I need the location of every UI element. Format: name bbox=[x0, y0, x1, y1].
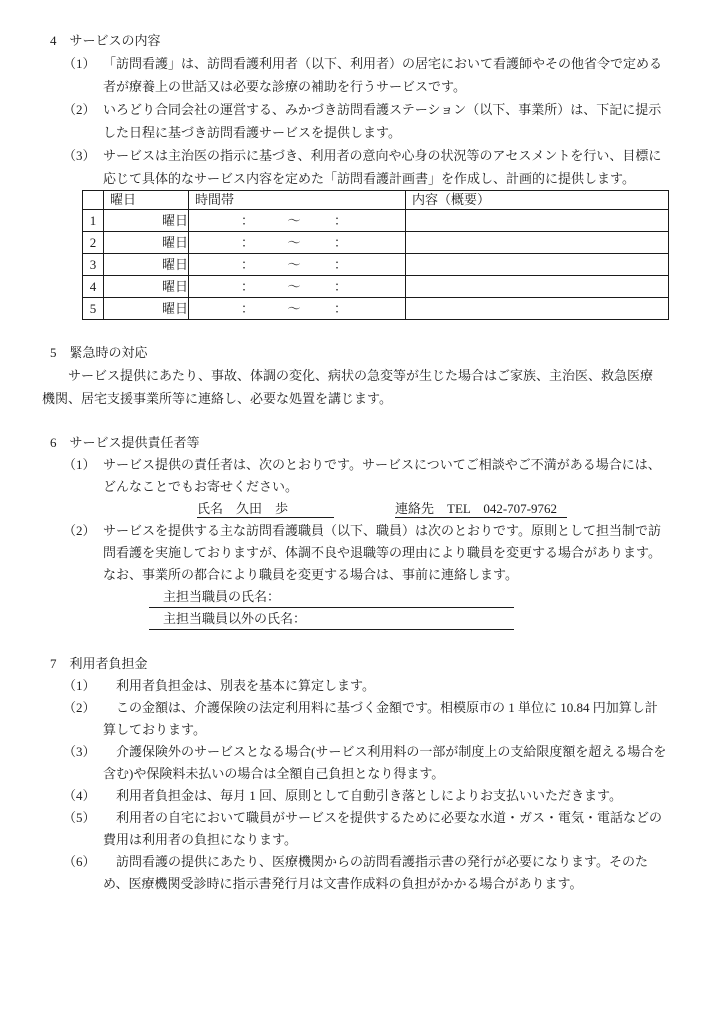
section-4-heading: 4 サービスの内容 bbox=[50, 29, 668, 52]
clause-text: 「訪問看護」は、訪問看護利用者（以下、利用者）の居宅において看護師やその他省令で… bbox=[103, 56, 662, 94]
schedule-row: 1 曜日 ：～： bbox=[83, 210, 669, 232]
schedule-day-cell: 曜日 bbox=[104, 232, 189, 254]
section-service-manager: 6 サービス提供責任者等 （1）サービス提供の責任者は、次のとおりです。サービス… bbox=[42, 432, 668, 630]
clause-text: いろどり合同会社の運営する、みかづき訪問看護ステーション（以下、事業所）は、下記… bbox=[103, 102, 661, 140]
clause-7-2: （2） この金額は、介護保険の法定利用料に基づく金額です。相模原市の 1 単位に… bbox=[63, 697, 668, 741]
clause-text: 訪問看護の提供にあたり、医療機関からの訪問看護指示書の発行が必要になります。その… bbox=[103, 854, 648, 891]
schedule-time-cell: ：～： bbox=[189, 232, 406, 254]
clause-6-2: （2）サービスを提供する主な訪問看護職員（以下、職員）は次のとおりです。原則とし… bbox=[63, 520, 668, 586]
schedule-header-blank bbox=[83, 191, 104, 210]
clause-7-1: （1） 利用者負担金は、別表を基本に算定します。 bbox=[63, 675, 668, 697]
clause-text: サービス提供の責任者は、次のとおりです。サービスについてご相談やご不満がある場合… bbox=[103, 457, 661, 494]
schedule-time-cell: ：～： bbox=[189, 210, 406, 232]
schedule-content-cell bbox=[406, 232, 669, 254]
responsible-name-field: 氏名 久田 歩 bbox=[197, 498, 334, 518]
clause-6-1: （1）サービス提供の責任者は、次のとおりです。サービスについてご相談やご不満があ… bbox=[63, 454, 668, 498]
schedule-row-number: 4 bbox=[83, 276, 104, 298]
time-tilde: ～ bbox=[287, 232, 300, 253]
schedule-content-cell bbox=[406, 210, 669, 232]
schedule-day-cell: 曜日 bbox=[104, 276, 189, 298]
schedule-row: 3 曜日 ：～： bbox=[83, 254, 669, 276]
clause-7-6: （6） 訪問看護の提供にあたり、医療機関からの訪問看護指示書の発行が必要になりま… bbox=[63, 851, 668, 895]
clause-marker: （1） bbox=[63, 454, 103, 476]
clause-text: サービスを提供する主な訪問看護職員（以下、職員）は次のとおりです。原則として担当… bbox=[103, 523, 661, 582]
schedule-content-cell bbox=[406, 254, 669, 276]
time-start-colon: ： bbox=[241, 276, 254, 297]
time-start-colon: ： bbox=[241, 298, 254, 319]
section-service-content: 4 サービスの内容 （1）「訪問看護」は、訪問看護利用者（以下、利用者）の居宅に… bbox=[42, 29, 668, 320]
clause-text: 利用者の自宅において職員がサービスを提供するために必要な水道・ガス・電気・電話な… bbox=[103, 810, 662, 847]
schedule-header-time: 時間帯 bbox=[189, 191, 406, 210]
document-page: 4 サービスの内容 （1）「訪問看護」は、訪問看護利用者（以下、利用者）の居宅に… bbox=[0, 0, 724, 1024]
schedule-day-cell: 曜日 bbox=[104, 298, 189, 320]
clause-4-2: （2）いろどり合同会社の運営する、みかづき訪問看護ステーション（以下、事業所）は… bbox=[63, 98, 668, 144]
schedule-row: 4 曜日 ：～： bbox=[83, 276, 669, 298]
schedule-time-cell: ：～： bbox=[189, 276, 406, 298]
schedule-row-number: 2 bbox=[83, 232, 104, 254]
schedule-header-day: 曜日 bbox=[104, 191, 189, 210]
clause-text: サービスは主治医の指示に基づき、利用者の意向や心身の状況等のアセスメントを行い、… bbox=[103, 148, 661, 186]
clause-7-5: （5） 利用者の自宅において職員がサービスを提供するために必要な水道・ガス・電気… bbox=[63, 807, 668, 851]
clause-marker: （6） bbox=[63, 851, 103, 873]
schedule-time-cell: ：～： bbox=[189, 298, 406, 320]
service-schedule-table: 曜日 時間帯 内容（概要） 1 曜日 ：～： 2 曜日 ：～： bbox=[82, 190, 669, 320]
clause-marker: （2） bbox=[63, 98, 103, 121]
clause-marker: （3） bbox=[63, 144, 103, 167]
clause-marker: （5） bbox=[63, 807, 103, 829]
clause-marker: （3） bbox=[63, 741, 103, 763]
schedule-header-content: 内容（概要） bbox=[406, 191, 669, 210]
time-end-colon: ： bbox=[334, 276, 347, 297]
schedule-row-number: 5 bbox=[83, 298, 104, 320]
section-emergency-response: 5 緊急時の対応 サービス提供にあたり、事故、体調の変化、病状の急変等が生じた場… bbox=[42, 341, 668, 410]
clause-4-1: （1）「訪問看護」は、訪問看護利用者（以下、利用者）の居宅において看護師やその他… bbox=[63, 52, 668, 98]
time-start-colon: ： bbox=[241, 232, 254, 253]
clause-4-3: （3）サービスは主治医の指示に基づき、利用者の意向や心身の状況等のアセスメントを… bbox=[63, 144, 668, 190]
schedule-content-cell bbox=[406, 276, 669, 298]
schedule-row: 5 曜日 ：～： bbox=[83, 298, 669, 320]
schedule-time-cell: ：～： bbox=[189, 254, 406, 276]
section-6-heading: 6 サービス提供責任者等 bbox=[50, 432, 668, 454]
time-end-colon: ： bbox=[334, 254, 347, 275]
clause-7-3: （3） 介護保険外のサービスとなる場合(サービス利用料の一部が制度上の支給限度額… bbox=[63, 741, 668, 785]
schedule-day-cell: 曜日 bbox=[104, 254, 189, 276]
section-user-charges: 7 利用者負担金 （1） 利用者負担金は、別表を基本に算定します。 （2） この… bbox=[42, 653, 668, 895]
clause-marker: （2） bbox=[63, 520, 103, 542]
clause-text: 利用者負担金は、毎月 1 回、原則として自動引き落としによりお支払いいただきます… bbox=[103, 788, 622, 803]
clause-text: 介護保険外のサービスとなる場合(サービス利用料の一部が制度上の支給限度額を超える… bbox=[103, 744, 666, 781]
clause-marker: （1） bbox=[63, 675, 103, 697]
primary-staff-name-field: 主担当職員の氏名： bbox=[149, 586, 514, 608]
schedule-day-cell: 曜日 bbox=[104, 210, 189, 232]
time-start-colon: ： bbox=[241, 254, 254, 275]
schedule-content-cell bbox=[406, 298, 669, 320]
time-tilde: ～ bbox=[287, 276, 300, 297]
schedule-row-number: 3 bbox=[83, 254, 104, 276]
responsible-person-line: 氏名 久田 歩連絡先 TEL 042-707-9762 bbox=[197, 498, 668, 520]
clause-text: この金額は、介護保険の法定利用料に基づく金額です。相模原市の 1 単位に 10.… bbox=[103, 700, 658, 737]
clause-marker: （1） bbox=[63, 52, 103, 75]
contact-tel-field: 連絡先 TEL 042-707-9762 bbox=[395, 498, 567, 518]
clause-7-4: （4） 利用者負担金は、毎月 1 回、原則として自動引き落としによりお支払いいた… bbox=[63, 785, 668, 807]
time-end-colon: ： bbox=[334, 232, 347, 253]
time-start-colon: ： bbox=[241, 210, 254, 231]
other-staff-name-field: 主担当職員以外の氏名： bbox=[149, 608, 514, 630]
section-5-heading: 5 緊急時の対応 bbox=[50, 341, 668, 364]
schedule-row: 2 曜日 ：～： bbox=[83, 232, 669, 254]
emergency-paragraph: サービス提供にあたり、事故、体調の変化、病状の急変等が生じた場合はご家族、主治医… bbox=[42, 364, 660, 410]
time-end-colon: ： bbox=[334, 298, 347, 319]
clause-marker: （4） bbox=[63, 785, 103, 807]
time-tilde: ～ bbox=[287, 210, 300, 231]
section-7-heading: 7 利用者負担金 bbox=[50, 653, 668, 675]
clause-marker: （2） bbox=[63, 697, 103, 719]
time-tilde: ～ bbox=[287, 298, 300, 319]
schedule-header-row: 曜日 時間帯 内容（概要） bbox=[83, 191, 669, 210]
time-end-colon: ： bbox=[334, 210, 347, 231]
time-tilde: ～ bbox=[287, 254, 300, 275]
schedule-row-number: 1 bbox=[83, 210, 104, 232]
clause-text: 利用者負担金は、別表を基本に算定します。 bbox=[103, 678, 375, 693]
